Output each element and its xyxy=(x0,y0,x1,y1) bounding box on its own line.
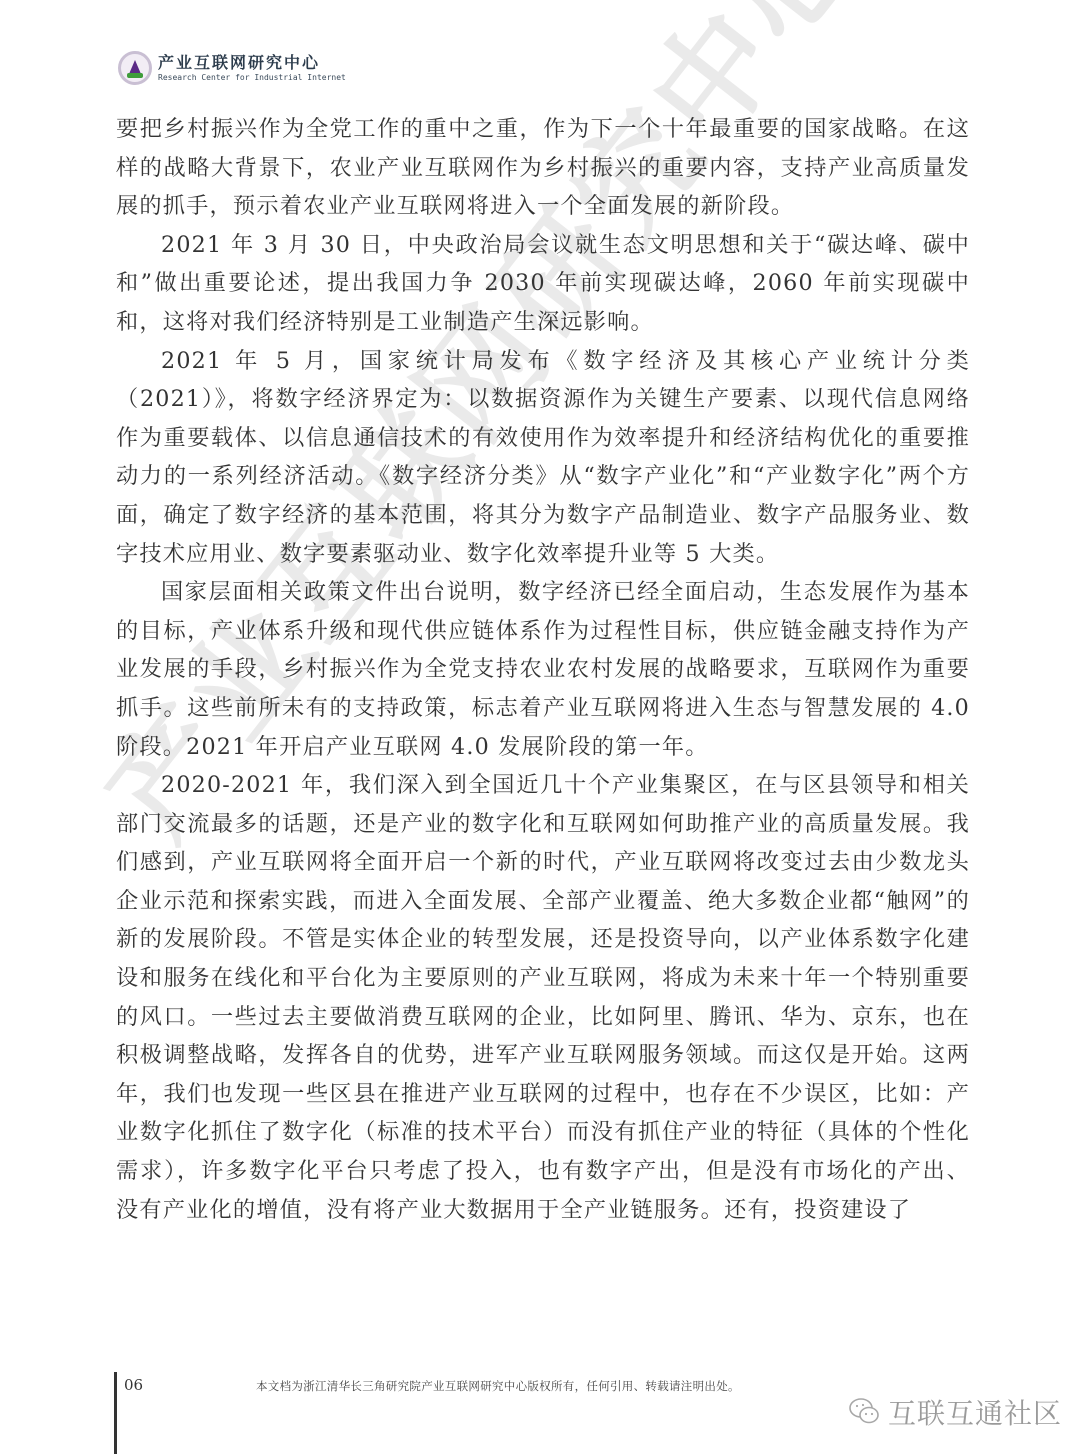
paragraph: 2020-2021 年，我们深入到全国近几十个产业集聚区，在与区县领导和相关部门… xyxy=(116,766,970,1229)
brand-title-cn: 产业互联网研究中心 xyxy=(158,55,346,71)
paragraph: 2021 年 5 月，国家统计局发布《数字经济及其核心产业统计分类（2021）》… xyxy=(116,342,970,574)
page-number: 06 xyxy=(124,1376,143,1394)
copyright-notice: 本文档为浙江清华长三角研究院产业互联网研究中心版权所有，任何引用、转载请注明出处… xyxy=(256,1378,740,1394)
wechat-account-name: 互联互通社区 xyxy=(888,1392,1062,1432)
document-header: 产业互联网研究中心 Research Center for Industrial… xyxy=(118,46,346,90)
paragraph: 国家层面相关政策文件出台说明，数字经济已经全面启动，生态发展作为基本的目标，产业… xyxy=(116,573,970,766)
brand-title-en: Research Center for Industrial Internet xyxy=(158,74,346,82)
paragraph: 要把乡村振兴作为全党工作的重中之重，作为下一个十年最重要的国家战略。在这样的战略… xyxy=(116,110,970,226)
footer-divider xyxy=(114,1372,117,1454)
brand-block: 产业互联网研究中心 Research Center for Industrial… xyxy=(158,55,346,82)
paragraph: 2021 年 3 月 30 日，中央政治局会议就生态文明思想和关于“碳达峰、碳中… xyxy=(116,226,970,342)
research-center-logo-icon xyxy=(118,51,152,85)
wechat-account-badge: 互联互通社区 xyxy=(848,1392,1062,1432)
document-body: 要把乡村振兴作为全党工作的重中之重，作为下一个十年最重要的国家战略。在这样的战略… xyxy=(116,110,970,1229)
wechat-icon xyxy=(848,1395,882,1429)
